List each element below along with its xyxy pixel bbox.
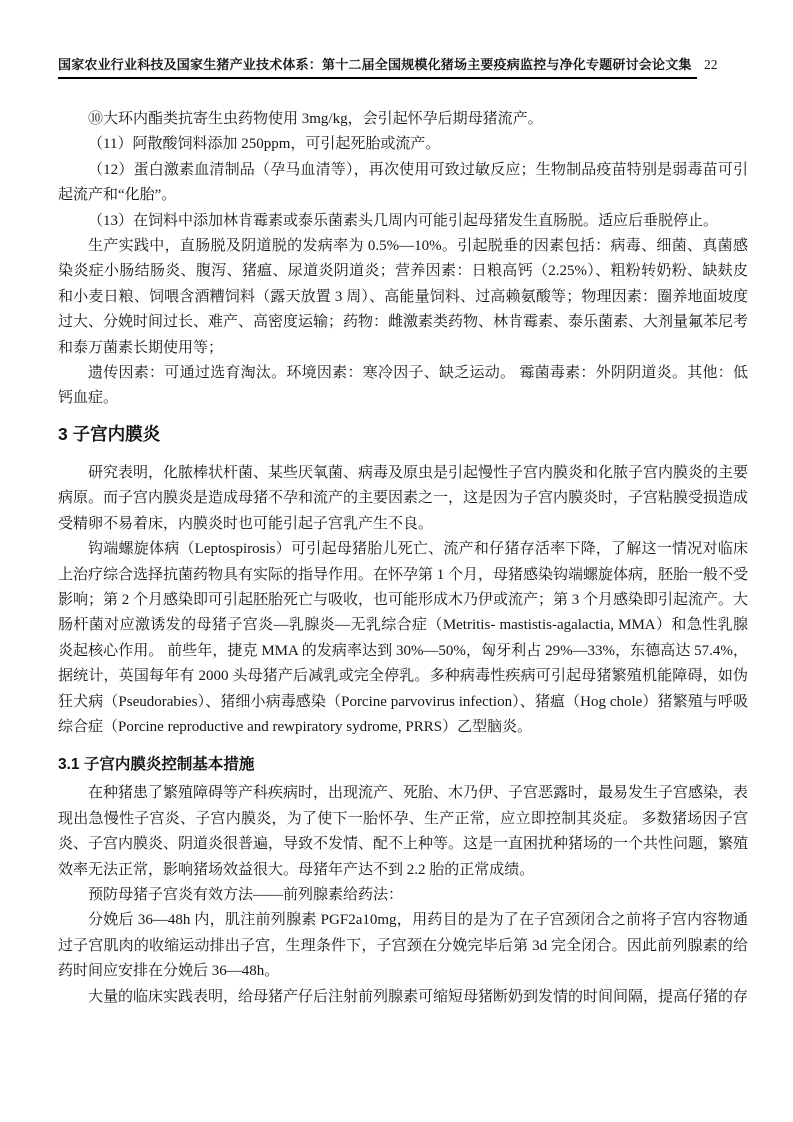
page-number: 22 [704, 57, 718, 72]
paragraph-prolapse-factors: 生产实践中，直肠脱及阴道脱的发病率为 0.5%—10%。引起脱垂的因素包括：病毒… [58, 234, 748, 361]
paragraph-item-11: （11）阿散酸饲料添加 250ppm，可引起死胎或流产。 [58, 132, 748, 157]
document-body: ⑩大环内酯类抗寄生虫药物使用 3mg/kg，会引起怀孕后期母猪流产。 （11）阿… [58, 107, 748, 1010]
paragraph-pgf2a-dosing: 分娩后 36—48h 内，肌注前列腺素 PGF2a10mg，用药目的是为了在子宫… [58, 908, 748, 984]
paragraph-genetic-factors: 遗传因素：可通过选育淘汰。环境因素：寒冷因子、缺乏运动。 霉菌毒素：外阴阴道炎。… [58, 361, 748, 412]
paragraph-item-12: （12）蛋白激素血清制品（孕马血清等），再次使用可致过敏反应；生物制品疫苗特别是… [58, 158, 748, 209]
page-header: 国家农业行业科技及国家生猪产业技术体系：第十二届全国规模化猪场主要疫病监控与净化… [58, 57, 748, 79]
paragraph-prevention-method: 预防母猪子宫炎有效方法——前列腺素给药法： [58, 883, 748, 908]
document-page: 国家农业行业科技及国家生猪产业技术体系：第十二届全国规模化猪场主要疫病监控与净化… [0, 0, 793, 1122]
paragraph-item-10: ⑩大环内酯类抗寄生虫药物使用 3mg/kg，会引起怀孕后期母猪流产。 [58, 107, 748, 132]
paragraph-leptospirosis-mma: 钩端螺旋体病（Leptospirosis）可引起母猪胎儿死亡、流产和仔猪存活率下… [58, 537, 748, 740]
header-title: 国家农业行业科技及国家生猪产业技术体系：第十二届全国规模化猪场主要疫病监控与净化… [58, 57, 697, 79]
paragraph-clinical-practice: 大量的临床实践表明，给母猪产仔后注射前列腺素可缩短母猪断奶到发情的时间间隔，提高… [58, 985, 748, 1010]
paragraph-uterine-infection: 在种猪患了繁殖障碍等产科疾病时，出现流产、死胎、木乃伊、子宫恶露时，最易发生子宫… [58, 781, 748, 883]
paragraph-endometritis-pathogens: 研究表明，化脓棒状杆菌、某些厌氧菌、病毒及原虫是引起慢性子宫内膜炎和化脓子宫内膜… [58, 461, 748, 537]
paragraph-item-13: （13）在饲料中添加林肯霉素或泰乐菌素头几周内可能引起母猪发生直肠脱。适应后垂脱… [58, 209, 748, 234]
subsection-heading-control-measures: 3.1 子宫内膜炎控制基本措施 [58, 752, 748, 777]
section-heading-endometritis: 3 子宫内膜炎 [58, 421, 748, 447]
